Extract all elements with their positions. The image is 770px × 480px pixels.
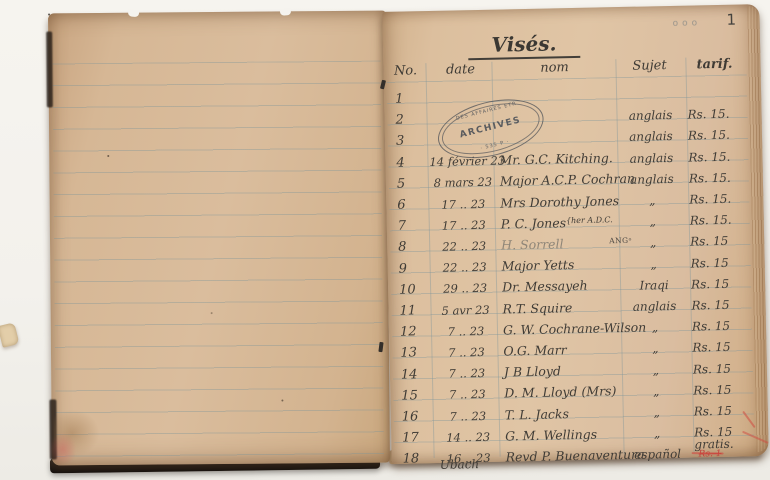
row-number: 14 (401, 368, 418, 381)
row-tariff: Rs. 15 (692, 341, 730, 354)
row-subject: „ (620, 257, 688, 270)
row-tariff: gratis.Rs. 1 (694, 438, 734, 460)
row-number: 3 (396, 135, 405, 148)
row-name: J B Lloyd (504, 365, 561, 379)
page-number: 1 (726, 11, 736, 29)
row-number: 15 (401, 389, 418, 402)
row-name: O.G. Marr (503, 344, 566, 358)
row-number: 7 (398, 220, 407, 233)
row-name: Major A.C.P. Cochran (500, 173, 635, 188)
row-name: Mrs Dorothy Jones (500, 195, 619, 210)
row-date: 5 avr 23 (432, 304, 498, 317)
page-title: Visés. (468, 31, 581, 60)
row-subject: „ (622, 363, 690, 376)
row-tariff: Rs. 15. (689, 172, 731, 185)
row-name: P. C. Jones{her A.D.C. (501, 216, 613, 231)
row-number: 4 (396, 156, 405, 169)
row-date: 17 .. 23 (430, 198, 496, 211)
row-subject: Iraqi (620, 278, 688, 291)
row-date: 17 .. 23 (431, 219, 497, 232)
left-page (48, 11, 390, 466)
row-tariff: Rs. 15. (687, 108, 729, 121)
row-date: 7 .. 23 (435, 410, 501, 423)
right-page: ooo 1 Visés. No. date nom Sujet tarif. 1… (382, 4, 768, 464)
row-tariff: Rs. 15 (692, 320, 730, 333)
red-stain (48, 431, 78, 467)
name-annotation: {her A.D.C. (566, 215, 613, 225)
row-date: 22 .. 23 (431, 241, 497, 254)
faded-pencil-mark: ooo (673, 18, 702, 29)
row-name: Major Yetts (502, 259, 575, 273)
row-number: 6 (397, 199, 406, 212)
row-tariff: Rs. 15 (691, 256, 729, 269)
row-number: 12 (400, 326, 417, 339)
row-number: 2 (395, 114, 404, 127)
row-name: H. Sorrell (501, 238, 564, 252)
row-number: 17 (402, 432, 419, 445)
row-subject: „ (623, 427, 691, 440)
header-no: No. (385, 63, 425, 84)
row-date: 22 .. 23 (432, 262, 498, 275)
row-tariff: Rs. 15 (690, 235, 728, 248)
row-number: 8 (398, 241, 407, 254)
row-date: 7 .. 23 (433, 347, 499, 360)
header-tarif: tarif. (683, 56, 745, 77)
bookmark-tab (0, 322, 19, 347)
row-tariff: Rs. 15. (688, 150, 730, 163)
row-date: 7 .. 23 (434, 368, 500, 381)
row-subject: anglais (618, 172, 686, 185)
row-number: 18 (403, 453, 420, 466)
row-date: 7 .. 23 (434, 389, 500, 402)
row-subject: „ (619, 236, 687, 249)
row-tariff: Rs. 15 (693, 384, 731, 397)
row-subject: español (624, 448, 692, 461)
row-name: Dr. Messayeh (502, 280, 588, 294)
row-subject: „ (622, 384, 690, 397)
scanned-notebook-spread: ooo 1 Visés. No. date nom Sujet tarif. 1… (0, 0, 770, 480)
binding-mark-top (46, 31, 53, 107)
row-tariff: Rs. 15. (689, 193, 731, 206)
row-number: 16 (402, 410, 419, 423)
row-name: R.T. Squire (502, 302, 572, 316)
row-tariff: Rs. 15 (691, 299, 729, 312)
row-number: 10 (399, 283, 416, 296)
left-page-ruled-lines (52, 61, 383, 458)
row-tariff: Rs. 15 (693, 362, 731, 375)
row-subject: „ (621, 342, 689, 355)
row-number: 13 (400, 347, 417, 360)
row-date: 14 .. 23 (435, 431, 501, 444)
row-subject: „ (618, 194, 686, 207)
header-sujet: Sujet (613, 58, 685, 80)
row-subject: „ (623, 406, 691, 419)
paper-speckles (48, 13, 50, 15)
name-second-line: Ubach (440, 457, 480, 472)
row-date: 29 .. 23 (432, 283, 498, 296)
row-number: 9 (399, 262, 408, 275)
row-date: 8 mars 23 (430, 177, 496, 190)
row-subject: anglais (620, 300, 688, 313)
row-subject: „ (621, 321, 689, 334)
row-name: G. M. Wellings (505, 428, 597, 442)
row-name: T. L. Jacks (505, 408, 569, 422)
row-name: Mr. G.C. Kitching. (499, 152, 613, 167)
row-subject: anglais (616, 109, 684, 122)
row-tariff: Rs. 15 (691, 278, 729, 291)
row-subject: anglais (617, 130, 685, 143)
row-number: 11 (399, 304, 416, 317)
row-number: 5 (397, 177, 406, 190)
row-date: 7 .. 23 (433, 325, 499, 338)
header-nom: nom (495, 59, 613, 81)
row-tariff: Rs. 15. (690, 214, 732, 227)
row-subject: „ (619, 215, 687, 228)
row-tariff: Rs. 15 (694, 405, 732, 418)
row-subject: anglais (617, 151, 685, 164)
row-tariff: Rs. 15. (688, 129, 730, 142)
row-number: 1 (395, 93, 404, 106)
row-name: D. M. Lloyd (Mrs) (504, 385, 616, 400)
torn-notch (128, 9, 140, 17)
header-date: date (427, 62, 493, 83)
